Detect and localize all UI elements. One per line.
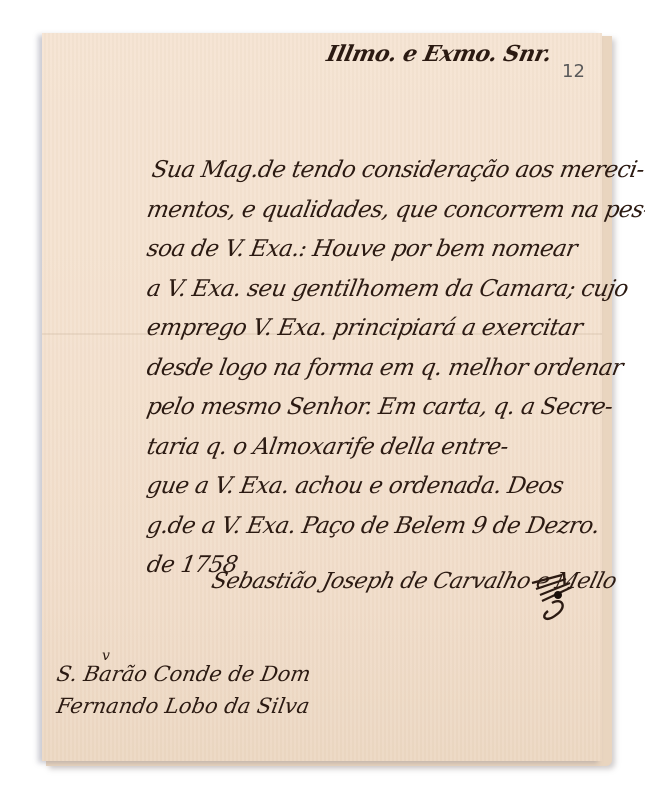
body-line: gue a V. Exa. achou e ordenada. Deos — [144, 467, 611, 507]
letter-body: Sua Mag.de tendo consideração aos mereci… — [147, 151, 607, 586]
body-line: soa de V. Exa.: Houve por bem nomear — [144, 230, 611, 270]
body-line: taria q. o Almoxarife della entre- — [144, 428, 611, 468]
manuscript-page: Illmo. e Exmo. Snr. 12 Sua Mag.de tendo … — [42, 33, 602, 761]
body-line: pelo mesmo Senhor. Em carta, q. a Secre- — [144, 388, 611, 428]
salutation-heading: Illmo. e Exmo. Snr. — [324, 41, 553, 67]
scan-background: Illmo. e Exmo. Snr. 12 Sua Mag.de tendo … — [0, 0, 645, 800]
folio-number: 12 — [562, 61, 585, 82]
body-line: emprego V. Exa. principiará a exercitar — [144, 309, 611, 349]
body-line: a V. Exa. seu gentilhomem da Camara; cuj… — [144, 270, 611, 310]
body-line: Sua Mag.de tendo consideração aos mereci… — [144, 151, 611, 191]
signature-flourish-icon — [522, 573, 582, 633]
addressee-line: S. Barão Conde de Dom — [54, 658, 313, 690]
addressee-line: Fernando Lobo da Silva — [54, 690, 313, 722]
body-line: mentos, e qualidades, que concorrem na p… — [144, 191, 611, 231]
body-line: g.de a V. Exa. Paço de Belem 9 de Dezro. — [144, 507, 611, 547]
body-line: desde logo na forma em q. melhor ordenar — [144, 349, 611, 389]
